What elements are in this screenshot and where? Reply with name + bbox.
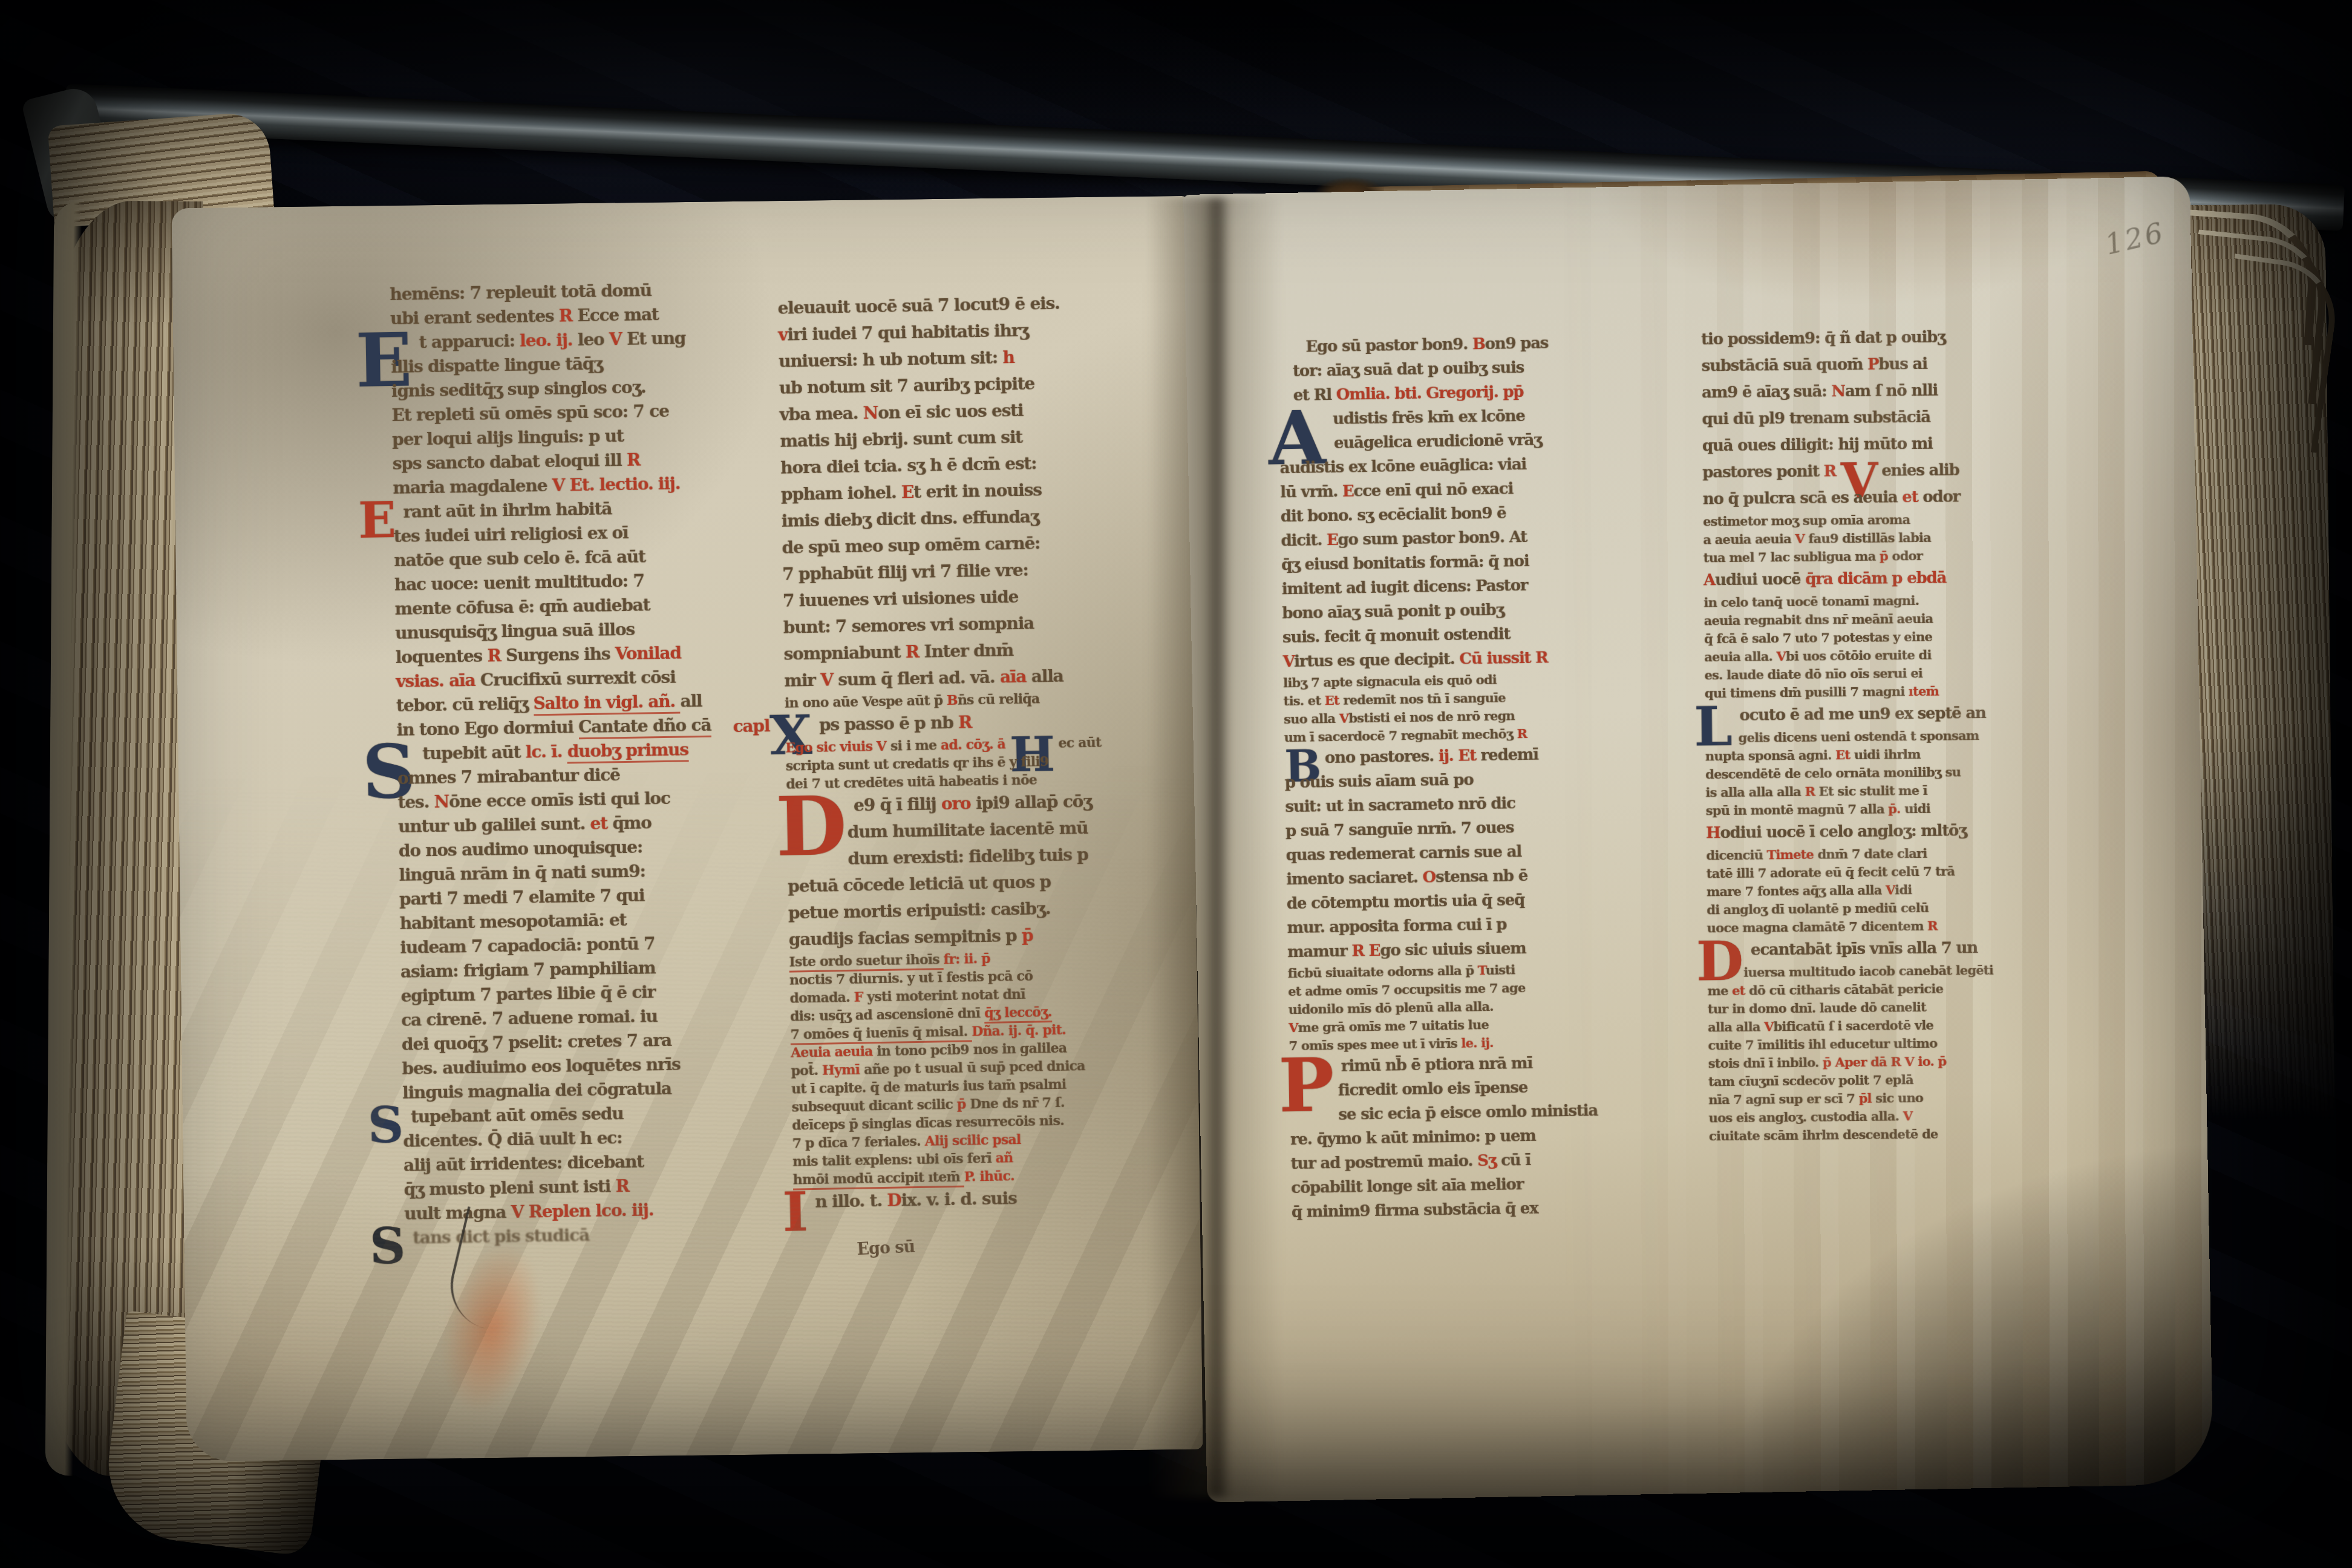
text-segment: lco. iij.: [595, 1200, 653, 1220]
text-segment: ut ī capite. q̄ de maturis ius tam̄ psal…: [791, 1077, 1067, 1097]
right-manuscript-page: Ego sū pastor bon9. Bon9 pastor: aīaʒ su…: [1183, 177, 2213, 1503]
text-segment: sps sancto dabat eloqui ill: [393, 450, 627, 474]
text-segment: q̄ minim9 firma substācia q̄ ex: [1292, 1200, 1538, 1221]
manuscript-text-line: hac uoce: uenit multitudo: 7: [394, 567, 770, 597]
manuscript-text-line: dis: usq̄ʒ ad ascensionē dnī q̄ʒ leccōʒ.: [790, 1001, 1183, 1025]
text-segment: R: [1351, 942, 1369, 960]
text-segment: tur ad postremū maio.: [1290, 1152, 1477, 1173]
text-segment: Ego sū pastor bon9.: [1305, 335, 1472, 356]
text-segment: irtus es que decipit.: [1294, 650, 1460, 671]
text-segment: ppham iohel.: [781, 482, 902, 504]
text-segment: suo alla: [1284, 711, 1339, 727]
manuscript-text-line: parti 7 medi 7 elamite 7 qui: [399, 881, 775, 912]
text-segment: alla: [1031, 666, 1063, 687]
manuscript-text-line: pastores ponit R Venies alib: [1702, 456, 2114, 486]
text-segment: Et: [1325, 693, 1344, 708]
text-segment: tes iudei uiri religiosi ex oī: [393, 523, 628, 546]
text-segment: tis. et: [1284, 693, 1325, 708]
text-segment: p̄: [957, 1096, 970, 1112]
manuscript-text-line: ciuitate scām ihrlm descendetē de: [1709, 1123, 2120, 1146]
text-segment: dnm̄ 7 date clari: [1818, 846, 1927, 862]
manuscript-text-line: hora diei tcia. sʒ h ē dcm̄ est:: [780, 448, 1174, 481]
manuscript-text-line: tis. et Et redemīt nos tn̄ ī sanguīe: [1283, 686, 1670, 710]
text-segment: fr: ii. p̄: [944, 951, 991, 967]
text-segment: iuersa multitudo iacob canebāt legēti: [1743, 962, 1993, 980]
left-col-2: eleuauit uocē suā 7 locut9 ē eis.viri iu…: [777, 288, 1186, 1215]
manuscript-text-line: petue mortis eripuisti: casibʒ.: [788, 893, 1182, 926]
text-segment: bono aīaʒ suā ponit p ouibʒ: [1282, 601, 1504, 623]
catchword: Ego sū: [857, 1238, 915, 1259]
manuscript-text-line: dit bono. sʒ ecēcialit bon9 ē: [1281, 498, 1668, 529]
manuscript-text-line: in celo tanq̄ uocē tonamī magni.: [1704, 590, 2115, 612]
manuscript-text-line: re. q̄ymo k aūt minimo: p uem: [1290, 1122, 1678, 1152]
text-segment: Aeuia aeuia: [791, 1044, 877, 1060]
text-segment: E: [901, 482, 914, 502]
manuscript-text-line: 7 iuuenes vri uisiones uide: [783, 581, 1177, 614]
manuscript-text-line: per loqui alijs linguis: p ut: [392, 422, 768, 452]
text-segment: q̄mo: [612, 812, 652, 833]
text-segment: capl: [733, 713, 769, 740]
text-segment: odor: [1922, 488, 1960, 506]
manuscript-text-line: Primū nb̄ ē ptiora nrā mī: [1289, 1049, 1677, 1079]
text-segment: E: [1327, 531, 1338, 549]
text-segment: Iste ordo suetur ihoīs: [789, 952, 944, 972]
text-segment: de cōtemptu mortis uia q̄ seq̄: [1287, 891, 1524, 913]
text-segment: P: [1867, 356, 1879, 374]
text-segment: uidi: [1904, 801, 1930, 816]
text-segment: spū in montē magnū 7 alla: [1706, 801, 1889, 818]
text-segment: pot̄.: [791, 1063, 822, 1079]
text-segment: R: [906, 642, 924, 662]
text-segment: odor: [1892, 548, 1922, 563]
manuscript-text-line: in ono aūe Vespe aūt p̄ Bn̄s cū reliq̄a: [785, 687, 1178, 712]
manuscript-text-line: in tono Ego dormiui Cantate dño cā: [396, 712, 772, 742]
manuscript-text-line: tur ad postremū maio. Sʒ cū ī: [1290, 1146, 1678, 1176]
illuminated-initial: E: [358, 502, 396, 540]
manuscript-text-line: egiptum 7 partes libie q̄ ē cir: [400, 978, 776, 1008]
text-segment: ıtem̄: [1909, 684, 1939, 699]
text-segment: dit bono. sʒ ecēcialit bon9 ē: [1281, 504, 1506, 526]
text-segment: untur ub galilei sunt.: [398, 814, 590, 837]
text-segment: h: [1002, 347, 1014, 367]
text-segment: am9 ē aīaʒ suā:: [1702, 382, 1832, 402]
manuscript-text-line: ut ī capite. q̄ de maturis ius tam̄ psal…: [791, 1073, 1184, 1098]
text-segment: e9 q̄ ī filij: [854, 794, 942, 815]
manuscript-text-line: Stupebit aūt lc. ī. duobʒ primus: [397, 736, 773, 766]
text-segment: idi: [1895, 882, 1912, 897]
text-segment: N: [434, 792, 449, 812]
manuscript-text-line: bono aīaʒ suā ponit p ouibʒ: [1282, 595, 1670, 626]
manuscript-text-line: alij aūt irridentes: dicebant: [403, 1148, 779, 1178]
text-segment: E: [1369, 942, 1380, 960]
text-segment: q̄ʒ leccōʒ.: [984, 1004, 1052, 1024]
text-segment: v: [778, 325, 788, 345]
text-segment: hora diei tcia. sʒ h ē dcm̄ est:: [780, 453, 1037, 477]
text-segment: redemīt nos tn̄ ī sanguīe: [1343, 690, 1506, 708]
text-segment: n̄s cū reliq̄a: [958, 691, 1040, 708]
manuscript-text-line: tam cīuʒnī scdecōv polit 7 eplā: [1708, 1069, 2120, 1091]
text-segment: se sic ecia p̄ eisce omlo ministia: [1338, 1102, 1598, 1124]
text-segment: suis. fecit q̄ monuit ostendit: [1282, 625, 1511, 647]
manuscript-text-line: matis hij ebrij. sunt cum sit: [780, 421, 1174, 454]
text-segment: in ono aūe Vespe aūt p̄: [785, 693, 947, 711]
manuscript-text-line: mente cōfusa ē: qm̄ audiebat: [394, 591, 770, 621]
text-segment: F: [854, 989, 867, 1005]
text-segment: tua mel 7 lac subligua ma: [1704, 549, 1880, 566]
text-segment: me grā omīs me 7 uitatis lue: [1298, 1017, 1489, 1035]
text-segment: V: [1282, 653, 1294, 671]
text-segment: Et repleti sū omēs spū sco: 7 ce: [391, 401, 669, 425]
text-segment: B: [1472, 335, 1485, 353]
text-segment: natōe que sub celo ē. fcā aūt: [394, 546, 645, 570]
manuscript-text-line: uos eis angloʒ. custodia alla. V: [1708, 1105, 2120, 1128]
manuscript-text-line: bes. audiuimo eos loquētes nrīs: [402, 1051, 777, 1081]
manuscript-text-line: tes. Nōne ecce omīs isti qui loc: [397, 785, 773, 815]
manuscript-text-line: eleuauit uocē suā 7 locut9 ē eis.: [777, 288, 1171, 321]
manuscript-text-line: dicentes. Q̄ diā uult h ec:: [403, 1123, 779, 1154]
pen-flourish: [442, 1206, 512, 1328]
text-segment: ocuto ē ad me un9 ex septē an: [1739, 704, 1985, 725]
text-segment: dis: usq̄ʒ ad ascensionē dnī: [790, 1005, 985, 1025]
text-segment: a aeuia aeuia: [1703, 531, 1795, 547]
manuscript-text-line: ub notum sit 7 auribʒ pcipite: [779, 368, 1173, 401]
manuscript-text-line: se sic ecia p̄ eisce omlo ministia: [1290, 1097, 1677, 1128]
manuscript-text-line: pot̄. Hymī añe po t usual ū sup̄ pced dn…: [791, 1055, 1184, 1080]
manuscript-text-line: Iste ordo suetur ihoīs fr: ii. p̄: [789, 946, 1182, 971]
manuscript-text-line: aeuia alla. Vbi uos cōtōio eruite di: [1704, 644, 2115, 667]
text-segment: loquentes: [396, 646, 488, 667]
text-segment: mir: [784, 670, 821, 691]
manuscript-text-line: q̄ʒ eiusd bonitatis formā: q̄ noi: [1281, 547, 1669, 577]
text-segment: tatē illi 7 adorate eū q̄ fecit celū 7 t…: [1707, 863, 1955, 881]
text-segment: Dña. ij. q̄. pit.: [972, 1022, 1066, 1040]
manuscript-text-line: domada. F ysti moterint notat dnī: [789, 982, 1183, 1007]
manuscript-text-line: uniuersi: h ub notum sit: h: [779, 341, 1172, 374]
text-segment: et: [590, 813, 612, 834]
text-segment: N: [863, 403, 878, 423]
text-segment: go sum pastor bon9. At: [1338, 528, 1527, 549]
illuminated-initial: P: [1278, 1057, 1334, 1113]
text-segment: uidonilo mīs dō plenū alla alla.: [1289, 999, 1494, 1017]
manuscript-text-line: q̄ʒ musto pleni sunt isti R: [403, 1172, 779, 1202]
text-segment: nupta sponsā agni.: [1705, 747, 1836, 763]
manuscript-text-line: dum erexisti: fidelibʒ tuis p: [787, 840, 1181, 873]
text-segment: cōpabilit longe sit aīa melior: [1291, 1175, 1523, 1197]
text-segment: p̄ Aper dā R V io. p̄: [1823, 1054, 1947, 1070]
text-segment: ficbū siuaitate odorns alla p̄: [1288, 962, 1478, 981]
text-segment: scripta sunt ut credatis qr ihs ē y fili…: [786, 754, 1049, 774]
text-segment: am ſ nō nlli: [1845, 382, 1938, 400]
text-segment: matis hij ebrij. sunt cum sit: [780, 427, 1022, 451]
text-segment: dum humilitate iacentē mū: [847, 818, 1088, 842]
text-segment: Dne ds nr̄ 7 ſ.: [970, 1095, 1065, 1112]
text-segment: tebor. cū reliq̄ʒ: [396, 693, 534, 716]
red-ink-smudge: [428, 1236, 555, 1422]
text-segment: aeuia alla.: [1704, 648, 1777, 664]
text-segment: vsias. aīa: [396, 670, 480, 691]
illuminated-initial: S: [362, 743, 416, 799]
text-segment: aeuia regnabit dns nr̄ meānī aeuia: [1704, 611, 1933, 629]
text-segment: q̄ʒ eiusd bonitatis formā: q̄ noi: [1281, 552, 1529, 574]
text-segment: Et sic stulit me ī: [1819, 783, 1927, 799]
manuscript-text-line: gelis dicens ueni ostendā t sponsam: [1705, 725, 2116, 748]
manuscript-text-line: Et repleti sū omēs spū sco: 7 ce: [391, 397, 767, 428]
manuscript-text-line: um ī sacerdocē 7 regnabīt mechōʒ R: [1284, 722, 1671, 746]
text-segment: linguā nrām in q̄ nati sum9:: [399, 861, 645, 885]
text-segment: omnes 7 mirabantur dicē: [397, 765, 620, 788]
manuscript-text-line: Ego sū pastor bon9. Bon9 pas: [1278, 329, 1665, 359]
text-segment: añe po t usual ū sup̄ pced dnica: [864, 1058, 1085, 1077]
text-segment: q̄ fcā ē salo 7 uto 7 potestas y eine: [1704, 629, 1932, 647]
text-segment: R: [1805, 784, 1818, 799]
text-segment: me: [1707, 983, 1732, 998]
manuscript-text-line: vsias. aīa Crucifixū surrexit cōsi: [396, 664, 771, 694]
text-segment: añ: [996, 1150, 1013, 1166]
manuscript-text-line: mamur R Ego sic uiuis siuem: [1287, 934, 1675, 964]
manuscript-text-line: Audistis frēs km̄ ex lcōne: [1279, 402, 1667, 432]
text-segment: mamur: [1287, 942, 1352, 962]
manuscript-text-line: estimetor moʒ sup omīa aroma: [1703, 509, 2114, 531]
text-segment: mente cōfusa ē: qm̄ audiebat: [394, 595, 650, 619]
manuscript-text-line: spū in montē magnū 7 alla p̄. uidi: [1706, 798, 2117, 820]
manuscript-text-line: Vme grā omīs me 7 uitatis lue: [1289, 1013, 1676, 1037]
text-segment: ub notum sit 7 auribʒ pcipite: [779, 373, 1035, 397]
text-segment: petuā cōcede leticiā ut quos p: [788, 872, 1051, 897]
text-segment: p̄: [1880, 548, 1892, 563]
text-segment: maria magdalene: [393, 475, 552, 498]
text-segment: V: [820, 670, 838, 690]
text-segment: Et ung: [627, 328, 686, 349]
text-segment: et adme omīs 7 occupsitis me 7 age: [1288, 980, 1526, 999]
text-segment: p̄l: [1859, 1091, 1876, 1106]
manuscript-text-line: Decantabāt ipīs vnīs alla 7 un: [1707, 933, 2118, 964]
manuscript-text-line: di angloʒ dī uolantē p mediū celū: [1707, 897, 2118, 920]
text-segment: rimū nb̄ ē ptiora nrā mī: [1341, 1054, 1532, 1076]
text-segment: V: [1764, 1019, 1774, 1034]
manuscript-text-line: sompniabunt R Inter dnm̄: [783, 634, 1177, 667]
text-segment: ciuitate scām ihrlm descendetē de: [1709, 1126, 1938, 1144]
manuscript-text-line: unusquisq̄ʒ lingua suā illos: [395, 615, 771, 645]
text-segment: P. ihūc.: [964, 1168, 1015, 1184]
manuscript-text-line: nīa 7 agnī sup er scī 7 p̄l sic uno: [1708, 1087, 2120, 1109]
text-segment: qui timens dm̄ pusilli 7 magni: [1705, 684, 1909, 701]
manuscript-text-line: uult magna V Replen lco. iij.: [404, 1196, 780, 1226]
text-segment: R: [559, 305, 578, 325]
left-page-text: hemēns: 7 repleuit totā domūubi erant se…: [171, 196, 1203, 1462]
text-segment: ipi9 allap̄ cōʒ: [976, 791, 1092, 813]
manuscript-text-line: suis. fecit q̄ monuit ostendit: [1282, 619, 1670, 650]
manuscript-text-line: de spū meo sup omēm carnē:: [782, 528, 1175, 561]
text-segment: unusquisq̄ʒ lingua suā illos: [395, 619, 635, 643]
text-segment: alij aūt irridentes: dicebant: [403, 1152, 644, 1175]
text-segment: imis diebʒ dicit dns. effundaʒ: [781, 506, 1039, 531]
text-segment: Omlia. bti. Gregorij. pp̄: [1336, 383, 1523, 404]
right-col-2: tio possidem9: q̄ ñ dat p ouibʒsubstāciā…: [1701, 322, 2120, 1145]
manuscript-text-line: Et apparuci: leo. ij. leo V Et ung: [390, 325, 766, 355]
manuscript-text-line: libʒ 7 apte signacula eis quō odi: [1283, 668, 1670, 692]
manuscript-text-line: alla alla Vbificatū ſ i sacerdotē vle: [1708, 1014, 2119, 1037]
manuscript-text-line: do nos audimo unoquisque:: [399, 833, 774, 863]
text-segment: subsequut dicant scilic: [791, 1097, 957, 1116]
photograph-of-medieval-manuscript: { "scene": { "folio_number": "126", "cat…: [0, 0, 2352, 1568]
text-segment: nīa 7 agnī sup er scī 7: [1708, 1091, 1859, 1107]
text-segment: asiam: frigiam 7 pamphiliam: [400, 958, 656, 982]
text-segment: audistis ex lcōne euāglica: viai: [1279, 456, 1526, 477]
text-segment: V: [1776, 648, 1786, 664]
illuminated-initial: D: [1696, 941, 1744, 982]
manuscript-text-line: substāciā suā quom̄ Pbus ai: [1701, 349, 2112, 380]
text-segment: p suā 7 sanguīe nrm̄. 7 oues: [1285, 818, 1514, 840]
manuscript-text-line: habitant mesopotamiā: et: [399, 906, 775, 936]
text-segment: estimetor moʒ sup omīa aroma: [1703, 512, 1910, 529]
text-segment: do nos audimo unoquisque:: [399, 837, 643, 861]
illuminated-initial: I: [782, 1192, 808, 1232]
text-segment: udistis frēs km̄ ex lcōne: [1333, 407, 1525, 428]
manuscript-text-line: 7 omōes q̄ iuenīs q̄ misal. Dña. ij. q̄.…: [790, 1019, 1183, 1044]
text-segment: es. laude diate dō nīo oīs serui ei: [1704, 665, 1922, 682]
text-segment: stensa nb ē: [1436, 867, 1528, 886]
text-segment: hac uoce: uenit multitudo: 7: [394, 570, 644, 594]
text-segment: n illo. t.: [815, 1191, 887, 1212]
manuscript-text-line: ubi erant sedentes R Ecce mat: [390, 301, 766, 331]
text-segment: V: [1339, 711, 1349, 726]
text-segment: E: [1342, 482, 1354, 500]
text-segment: et Rl: [1293, 386, 1336, 405]
manuscript-text-line: suo alla Vbstisti ei nos de nrō regn: [1284, 704, 1671, 728]
text-segment: imento saciaret.: [1286, 869, 1423, 889]
manuscript-text-line: et adme omīs 7 occupsitis me 7 age: [1288, 976, 1675, 1001]
text-segment: gaudijs facias sempitnis p: [789, 926, 1022, 950]
text-segment: le. ij.: [1461, 1035, 1494, 1051]
manuscript-text-line: iudeam 7 capadociā: pontū 7: [400, 930, 776, 960]
text-segment: illis dispatte lingue tāq̄ʒ: [391, 354, 603, 377]
text-segment: enies alib: [1881, 461, 1959, 480]
manuscript-text-line: Bono pastores. ij. Et redemī: [1284, 740, 1672, 771]
manuscript-text-line: subsequut dicant scilic p̄ Dne ds nr̄ 7 …: [791, 1091, 1184, 1116]
text-segment: R: [1517, 726, 1527, 741]
text-segment: per loqui alijs linguis: p ut: [392, 426, 624, 449]
text-segment: uult magna: [404, 1202, 511, 1224]
text-segment: imitent ad iugit dicens: Pastor: [1282, 577, 1528, 598]
text-segment: de spū meo sup omēm carnē:: [782, 533, 1040, 557]
manuscript-text-line: dei quoq̄ʒ 7 pselit: cretes 7 ara: [402, 1027, 777, 1057]
manuscript-text-line: Stupebant aūt omēs sedu: [403, 1099, 779, 1129]
manuscript-text-line: dei 7 ut credētes uitā habeatis i nōe: [786, 768, 1179, 793]
text-segment: Alij scilic psal: [924, 1132, 1021, 1149]
text-segment: parti 7 medi 7 elamite 7 qui: [399, 886, 645, 909]
illuminated-initial: D: [776, 795, 848, 857]
text-segment: bi uos cōtōio eruite di: [1786, 647, 1932, 664]
text-segment: bificatū ſ i sacerdotē vle: [1774, 1018, 1934, 1034]
text-segment: uidi ihrlm: [1854, 746, 1921, 762]
manuscript-text-line: natōe que sub celo ē. fcā aūt: [394, 543, 769, 573]
manuscript-text-line: uoce magna clamātē 7 dicentem R: [1707, 915, 2118, 938]
manuscript-text-line: me et dō cū citharis cātabāt pericie: [1707, 978, 2118, 1001]
manuscript-text-line: cuite 7 īmilitis ihl educetur ultimo: [1708, 1033, 2119, 1055]
text-segment: V: [1886, 882, 1895, 897]
text-segment: R: [1927, 918, 1938, 933]
text-segment: Inter dnm̄: [924, 640, 1013, 662]
manuscript-text-line: mare 7 fontes aq̄ʒ alla alla Vidi: [1707, 879, 2118, 901]
manuscript-text-line: p suā 7 sanguīe nrm̄. 7 oues: [1285, 813, 1673, 843]
text-segment: ōne ecce omīs isti qui loc: [449, 788, 670, 812]
text-segment: iri iudei 7 qui habitatis ihrʒ: [787, 321, 1028, 345]
text-segment: bstisti ei nos de nrō regn: [1348, 708, 1515, 725]
text-segment: lū vrm̄.: [1280, 483, 1342, 502]
manuscript-text-line: hemēns: 7 repleuit totā domū: [390, 276, 765, 307]
text-segment: p ouis suis aīam suā po: [1285, 771, 1474, 792]
text-segment: ysti moterint notat dnī: [867, 987, 1025, 1005]
illuminated-initial: S: [370, 1228, 406, 1266]
text-segment: ij. Et: [1439, 746, 1481, 765]
text-segment: dei 7 ut credētes uitā habeatis i nōe: [786, 772, 1037, 792]
manuscript-text-line: ficbū siuaitate odorns alla p̄ Tuisti: [1288, 958, 1675, 982]
text-segment: Timete: [1767, 847, 1818, 863]
text-segment: Salto in vigl. añ.: [533, 691, 680, 716]
illuminated-initial: L: [1694, 707, 1733, 747]
manuscript-text-line: De9 q̄ ī filij oro ipi9 allap̄ cōʒ: [786, 786, 1180, 820]
text-segment: iudeam 7 capadociā: pontū 7: [400, 933, 655, 958]
text-segment: Cū iussit R: [1459, 648, 1548, 668]
text-segment: 7 pphabūt filij vri 7 filie vre:: [782, 560, 1028, 584]
right-page-text: Ego sū pastor bon9. Bon9 pastor: aīaʒ su…: [1183, 177, 2213, 1503]
text-segment: lectio. iij.: [599, 474, 681, 495]
text-segment: uos eis angloʒ. custodia alla.: [1708, 1108, 1903, 1125]
text-segment: R: [627, 450, 641, 470]
manuscript-text-line: tio possidem9: q̄ ñ dat p ouibʒ: [1701, 322, 2112, 353]
text-segment: all: [680, 691, 702, 711]
manuscript-text-line: Locuto ē ad me un9 ex septē an: [1705, 699, 2116, 730]
text-segment: uniuersi: h ub notum sit:: [779, 347, 1003, 371]
text-segment: sic uno: [1875, 1090, 1923, 1106]
text-segment: Surgens ihs: [506, 644, 615, 665]
text-segment: mis talit explens: ubi oīs ferī: [792, 1151, 996, 1170]
manuscript-text-line: dum humilitate iacentē mū: [786, 813, 1180, 846]
text-segment: habitant mesopotamiā: et: [400, 910, 627, 933]
text-segment: p̄: [1022, 926, 1033, 946]
text-segment: uoce magna clamātē 7 dicentem: [1707, 918, 1927, 935]
manuscript-text-line: imento saciaret. Ostensa nb ē: [1286, 861, 1674, 892]
manuscript-text-line: cōpabilit longe sit aīa melior: [1291, 1170, 1679, 1200]
text-segment: duobʒ primus: [567, 739, 688, 763]
text-segment: t apparuci:: [419, 331, 520, 353]
text-segment: Ego sic viuis V: [785, 739, 890, 756]
text-segment: ix. v. i. d. suis: [901, 1188, 1017, 1210]
manuscript-text-line: suit: ut in sacrameto nrō dic: [1285, 789, 1673, 819]
manuscript-text-line: no q̄ pulcra scā es aeuia et odor: [1703, 482, 2114, 513]
text-segment: petue mortis eripuisti: casibʒ.: [788, 898, 1051, 923]
text-segment: R: [1824, 462, 1841, 480]
manuscript-text-line: aeuia regnabit dns nr̄ meānī aeuia: [1704, 608, 2115, 630]
text-segment: bus ai: [1878, 355, 1927, 374]
text-segment: is alla alla alla: [1705, 784, 1805, 800]
manuscript-text-line: tes iudei uiri religiosi ex oī: [393, 518, 769, 549]
manuscript-text-line: ppham iohel. Et erit in nouiss: [781, 474, 1175, 508]
manuscript-text-line: nupta sponsā agni. Et uidi ihrlm: [1705, 743, 2117, 766]
manuscript-text-line: 7 omīs spes mee ut ī virīs le. ij.: [1289, 1031, 1676, 1055]
manuscript-text-line: tur in domo dnī. laude dō canelit: [1708, 996, 2119, 1019]
text-segment: odiui uocē ī celo angloʒ: mltōʒ: [1720, 822, 1967, 842]
text-segment: Sʒ: [1477, 1152, 1501, 1171]
text-segment: go sic uiuis siuem: [1380, 939, 1526, 960]
manuscript-text-line: tor: aīaʒ suā dat p ouibʒ suis: [1278, 353, 1666, 384]
text-segment: ca cirenē. 7 aduene romai. iu: [401, 1006, 658, 1030]
text-segment: in celo tanq̄ uocē tonamī magni.: [1704, 593, 1919, 610]
manuscript-text-line: illis dispatte lingue tāq̄ʒ: [391, 349, 766, 379]
text-segment: dicentes. Q̄ diā uult h ec:: [403, 1128, 622, 1151]
text-segment: t erit in nouiss: [913, 480, 1042, 502]
manuscript-text-line: sps sancto dabat eloqui ill R: [393, 446, 768, 476]
